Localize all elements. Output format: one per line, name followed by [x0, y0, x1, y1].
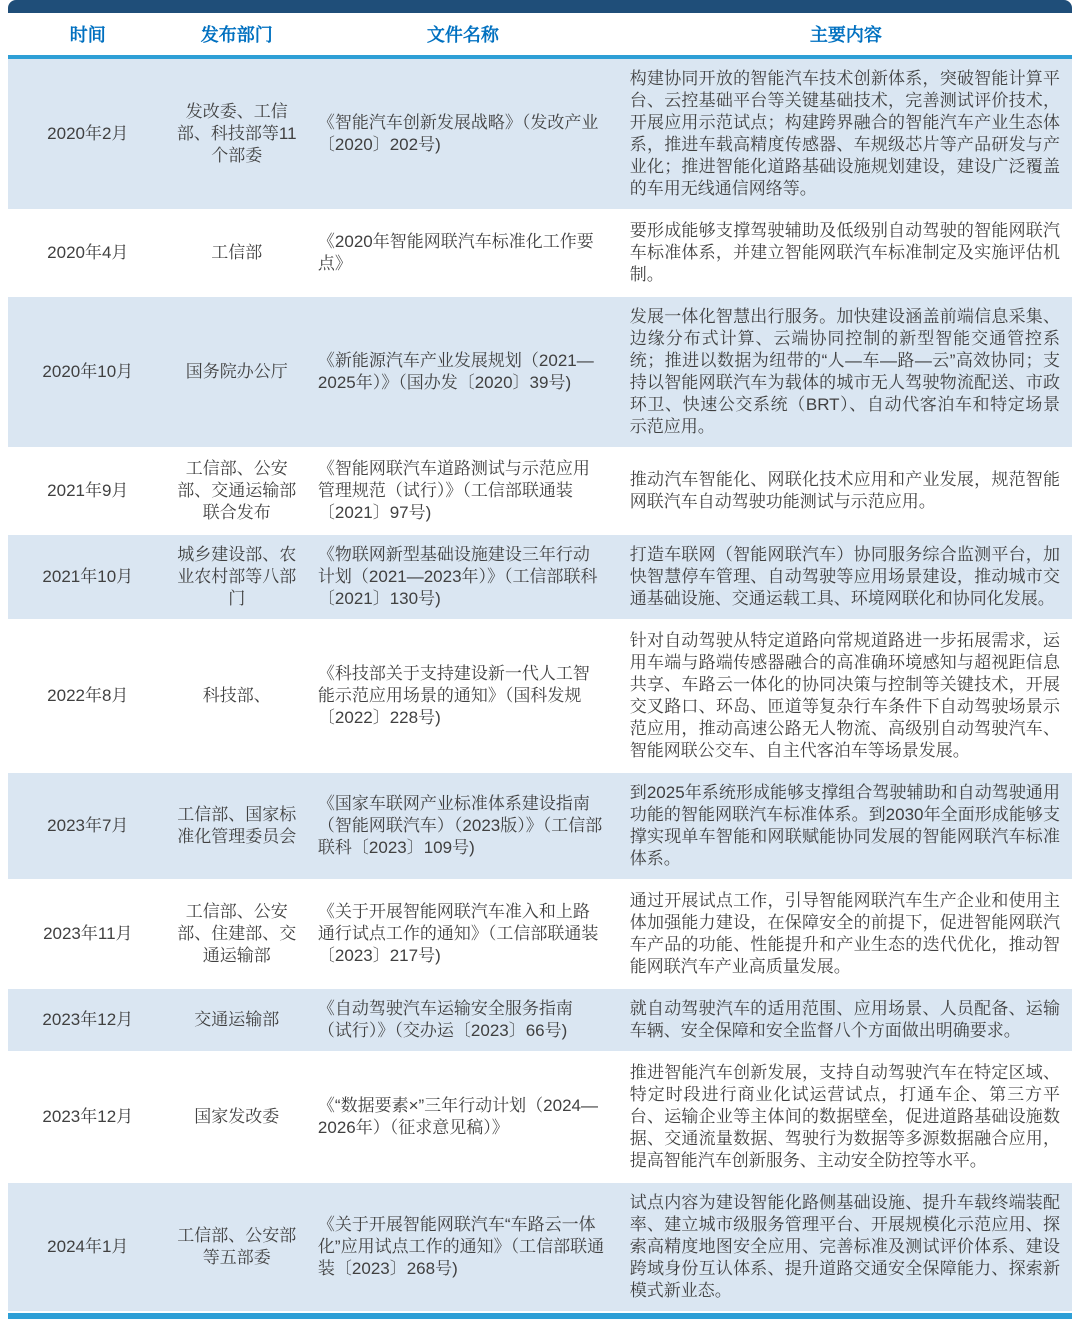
- cell-document-name: 《2020年智能网联汽车标准化工作要点》: [306, 210, 620, 296]
- cell-department: 工信部: [168, 210, 306, 296]
- table-row: 2020年4月工信部《2020年智能网联汽车标准化工作要点》要形成能够支撑驾驶辅…: [8, 210, 1072, 296]
- policy-table-grid: 时间 发布部门 文件名称 主要内容 2020年2月发改委、工信部、科技部等11个…: [8, 13, 1072, 1313]
- column-header-time: 时间: [8, 13, 168, 57]
- table-row: 2023年12月交通运输部《自动驾驶汽车运输安全服务指南（试行）》（交办运〔20…: [8, 988, 1072, 1052]
- table-row: 2023年7月工信部、国家标准化管理委员会《国家车联网产业标准体系建设指南（智能…: [8, 772, 1072, 880]
- cell-main-content: 推进智能汽车创新发展，支持自动驾驶汽车在特定区域、特定时段进行商业化试运营试点，…: [620, 1052, 1072, 1182]
- table-row: 2021年9月工信部、公安部、交通运输部联合发布《智能网联汽车道路测试与示范应用…: [8, 448, 1072, 534]
- cell-main-content: 就自动驾驶汽车的适用范围、应用场景、人员配备、运输车辆、安全保障和安全监督八个方…: [620, 988, 1072, 1052]
- cell-document-name: 《新能源汽车产业发展规划（2021—2025年）》（国办发〔2020〕39号): [306, 296, 620, 448]
- table-row: 2020年2月发改委、工信部、科技部等11个部委《智能汽车创新发展战略》（发改产…: [8, 57, 1072, 210]
- cell-department: 交通运输部: [168, 988, 306, 1052]
- cell-main-content: 到2025年系统形成能够支撑组合驾驶辅助和自动驾驶通用功能的智能网联汽车标准体系…: [620, 772, 1072, 880]
- cell-main-content: 针对自动驾驶从特定道路向常规道路进一步拓展需求，运用车端与路端传感器融合的高准确…: [620, 620, 1072, 772]
- cell-time: 2023年11月: [8, 880, 168, 988]
- cell-department: 工信部、国家标准化管理委员会: [168, 772, 306, 880]
- cell-main-content: 发展一体化智慧出行服务。加快建设涵盖前端信息采集、边缘分布式计算、云端协同控制的…: [620, 296, 1072, 448]
- cell-time: 2020年10月: [8, 296, 168, 448]
- cell-time: 2021年9月: [8, 448, 168, 534]
- table-row: 2023年12月国家发改委《“数据要素×”三年行动计划（2024—2026年）（…: [8, 1052, 1072, 1182]
- column-header-main-content: 主要内容: [620, 13, 1072, 57]
- policy-table-page: 时间 发布部门 文件名称 主要内容 2020年2月发改委、工信部、科技部等11个…: [0, 0, 1080, 1321]
- cell-department: 工信部、公安部、交通运输部联合发布: [168, 448, 306, 534]
- cell-time: 2020年4月: [8, 210, 168, 296]
- cell-main-content: 打造车联网（智能网联汽车）协同服务综合监测平台，加快智慧停车管理、自动驾驶等应用…: [620, 534, 1072, 620]
- cell-document-name: 《物联网新型基础设施建设三年行动计划（2021—2023年）》（工信部联科〔20…: [306, 534, 620, 620]
- cell-document-name: 《关于开展智能网联汽车准入和上路通行试点工作的通知》（工信部联通装〔2023〕2…: [306, 880, 620, 988]
- cell-main-content: 构建协同开放的智能汽车技术创新体系，突破智能计算平台、云控基础平台等关键基础技术…: [620, 57, 1072, 210]
- table-top-bar: [8, 0, 1072, 13]
- cell-document-name: 《关于开展智能网联汽车“车路云一体化”应用试点工作的通知》（工信部联通装〔202…: [306, 1182, 620, 1312]
- cell-document-name: 《国家车联网产业标准体系建设指南（智能网联汽车）（2023版）》（工信部联科〔2…: [306, 772, 620, 880]
- table-row: 2021年10月城乡建设部、农业农村部等八部门《物联网新型基础设施建设三年行动计…: [8, 534, 1072, 620]
- cell-time: 2023年7月: [8, 772, 168, 880]
- cell-main-content: 试点内容为建设智能化路侧基础设施、提升车载终端装配率、建立城市级服务管理平台、开…: [620, 1182, 1072, 1312]
- table-row: 2023年11月工信部、公安部、住建部、交通运输部《关于开展智能网联汽车准入和上…: [8, 880, 1072, 988]
- table-row: 2020年10月国务院办公厅《新能源汽车产业发展规划（2021—2025年）》（…: [8, 296, 1072, 448]
- cell-time: 2023年12月: [8, 988, 168, 1052]
- cell-department: 工信部、公安部、住建部、交通运输部: [168, 880, 306, 988]
- table-row: 2022年8月科技部、《科技部关于支持建设新一代人工智能示范应用场景的通知》（国…: [8, 620, 1072, 772]
- cell-document-name: 《自动驾驶汽车运输安全服务指南（试行）》（交办运〔2023〕66号): [306, 988, 620, 1052]
- cell-document-name: 《“数据要素×”三年行动计划（2024—2026年）（征求意见稿）》: [306, 1052, 620, 1182]
- cell-department: 城乡建设部、农业农村部等八部门: [168, 534, 306, 620]
- cell-department: 工信部、公安部等五部委: [168, 1182, 306, 1312]
- cell-time: 2022年8月: [8, 620, 168, 772]
- column-header-department: 发布部门: [168, 13, 306, 57]
- cell-department: 科技部、: [168, 620, 306, 772]
- cell-time: 2023年12月: [8, 1052, 168, 1182]
- cell-time: 2024年1月: [8, 1182, 168, 1312]
- cell-document-name: 《智能网联汽车道路测试与示范应用管理规范（试行）》（工信部联通装〔2021〕97…: [306, 448, 620, 534]
- cell-main-content: 通过开展试点工作，引导智能网联汽车生产企业和使用主体加强能力建设，在保障安全的前…: [620, 880, 1072, 988]
- table-row: 2024年1月工信部、公安部等五部委《关于开展智能网联汽车“车路云一体化”应用试…: [8, 1182, 1072, 1312]
- policy-table-body: 2020年2月发改委、工信部、科技部等11个部委《智能汽车创新发展战略》（发改产…: [8, 57, 1072, 1312]
- cell-department: 国务院办公厅: [168, 296, 306, 448]
- cell-department: 国家发改委: [168, 1052, 306, 1182]
- cell-department: 发改委、工信部、科技部等11个部委: [168, 57, 306, 210]
- column-header-document-name: 文件名称: [306, 13, 620, 57]
- cell-document-name: 《科技部关于支持建设新一代人工智能示范应用场景的通知》（国科发规〔2022〕22…: [306, 620, 620, 772]
- cell-time: 2021年10月: [8, 534, 168, 620]
- cell-main-content: 推动汽车智能化、网联化技术应用和产业发展，规范智能网联汽车自动驾驶功能测试与示范…: [620, 448, 1072, 534]
- cell-main-content: 要形成能够支撑驾驶辅助及低级别自动驾驶的智能网联汽车标准体系，并建立智能网联汽车…: [620, 210, 1072, 296]
- cell-document-name: 《智能汽车创新发展战略》（发改产业〔2020〕202号): [306, 57, 620, 210]
- cell-time: 2020年2月: [8, 57, 168, 210]
- table-header-row: 时间 发布部门 文件名称 主要内容: [8, 13, 1072, 57]
- policy-table: 时间 发布部门 文件名称 主要内容 2020年2月发改委、工信部、科技部等11个…: [8, 0, 1072, 1319]
